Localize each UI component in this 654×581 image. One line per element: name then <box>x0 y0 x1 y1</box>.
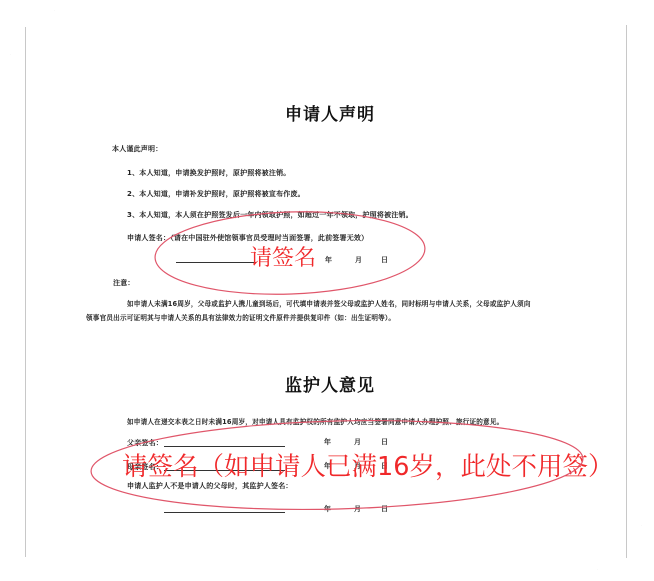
guardian-signature-ellipse <box>90 415 584 516</box>
applicant-signature-ellipse <box>154 207 427 298</box>
annotation-ellipses <box>0 0 654 581</box>
